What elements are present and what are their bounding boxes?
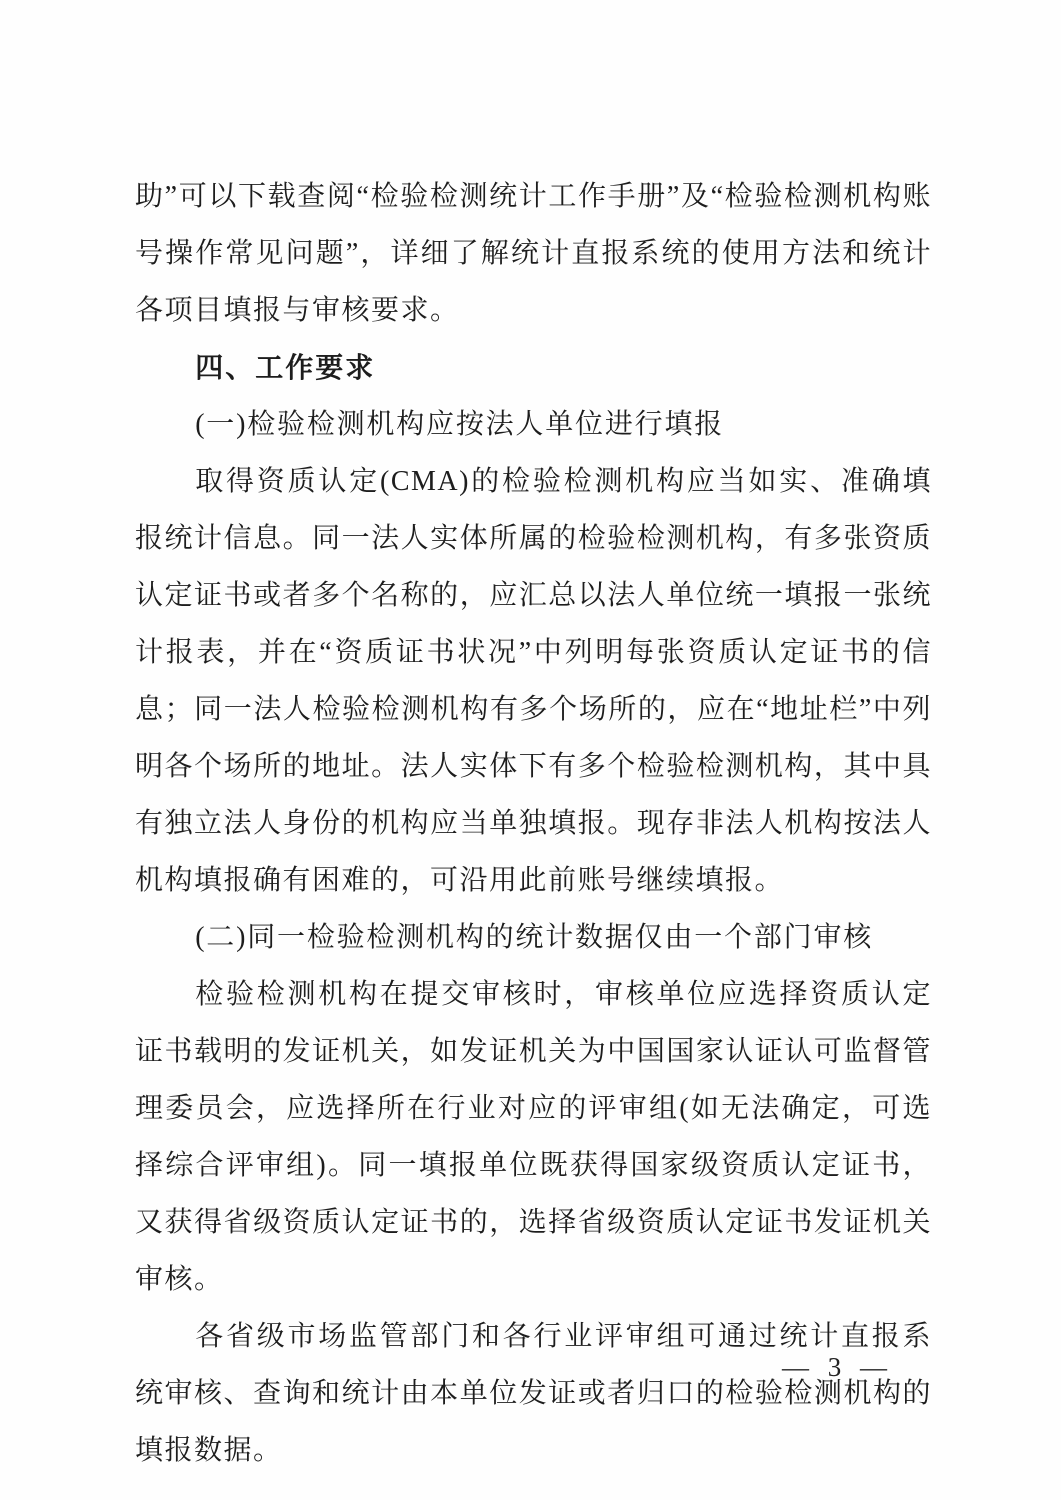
document-page: 助”可以下载查阅“检验检测统计工作手册”及“检验检测机构账号操作常见问题”，详细… bbox=[0, 0, 1061, 1500]
page-number: — 3 — bbox=[782, 1352, 893, 1383]
section-heading-4: 四、工作要求 bbox=[135, 339, 932, 396]
subsection-2-body-paragraph-1: 检验检测机构在提交审核时，审核单位应选择资质认定证书载明的发证机关，如发证机关为… bbox=[135, 966, 932, 1308]
subsection-1-body: 取得资质认定(CMA)的检验检测机构应当如实、准确填报统计信息。同一法人实体所属… bbox=[135, 453, 932, 909]
intro-paragraph: 助”可以下载查阅“检验检测统计工作手册”及“检验检测机构账号操作常见问题”，详细… bbox=[135, 168, 932, 339]
subsection-2-body-paragraph-2: 各省级市场监管部门和各行业评审组可通过统计直报系统审核、查询和统计由本单位发证或… bbox=[135, 1308, 932, 1479]
subsection-heading-2: (二)同一检验检测机构的统计数据仅由一个部门审核 bbox=[135, 909, 932, 966]
subsection-heading-1: (一)检验检测机构应按法人单位进行填报 bbox=[135, 396, 932, 453]
text-column: 助”可以下载查阅“检验检测统计工作手册”及“检验检测机构账号操作常见问题”，详细… bbox=[135, 168, 932, 1479]
